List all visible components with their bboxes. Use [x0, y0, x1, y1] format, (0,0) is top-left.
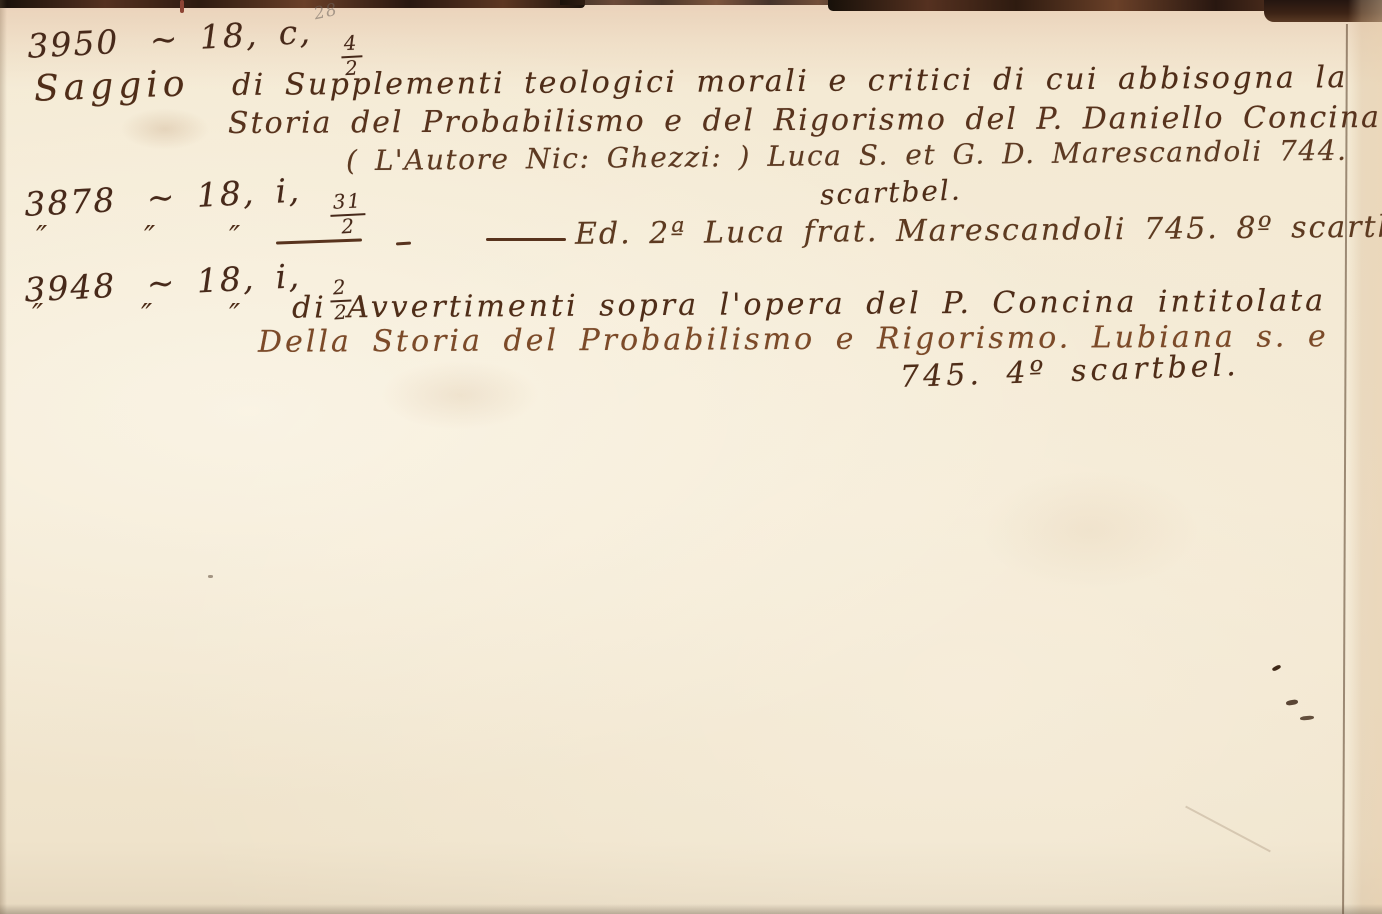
ditto-mark: ″ — [144, 220, 155, 255]
entry-3950-line-1: di Supplementi teologici morali e critic… — [232, 60, 1348, 103]
ink-speck — [1272, 664, 1282, 671]
shelfmark: ~ 18, c, — [149, 12, 313, 59]
shelfmark: ~ 18, i, — [146, 170, 302, 217]
scan-top-edge — [0, 0, 585, 8]
entry-3878-line-1: Ed. 2ª Luca frat. Marescandoli 745. 8º s… — [575, 209, 1382, 252]
page-left-shadow — [0, 0, 7, 914]
fraction-numerator: 31 — [329, 191, 365, 217]
paper-crease — [1185, 806, 1271, 853]
manuscript-page: 28 3950 ~ 18, c, 42 Saggio di Supplement… — [0, 0, 1382, 914]
ditto-mark: ″ — [32, 298, 43, 333]
page-right-margin-strip — [1348, 0, 1382, 914]
scan-edge-red-mark — [180, 0, 184, 13]
entry-3950-line-3: ( L'Autore Nic: Ghezzi: ) Luca S. et G. … — [346, 134, 1348, 177]
shelfmark-fraction: 312 — [329, 191, 367, 238]
ink-speck — [1286, 699, 1299, 706]
fraction-numerator: 4 — [340, 33, 362, 58]
catalog-number: 3950 — [26, 22, 120, 66]
shelfmark: ~ 18, i, — [146, 256, 302, 303]
page-bottom-shadow — [0, 904, 1382, 914]
entry-3950-collation: scartbel. — [819, 174, 962, 212]
ditto-mark: ″ — [36, 220, 47, 255]
paper-stain — [380, 360, 540, 430]
entry-title-saggio: Saggio — [33, 63, 190, 109]
ink-speck — [1300, 715, 1314, 720]
scan-top-edge — [560, 0, 860, 5]
fraction-denominator: 2 — [341, 215, 357, 238]
paper-stain — [120, 108, 210, 150]
ditto-dash — [396, 241, 411, 245]
ditto-mark: ″ — [141, 298, 152, 333]
ditto-dash — [486, 238, 566, 241]
ditto-mark: ″ — [229, 298, 240, 333]
catalog-number: 3878 — [23, 180, 117, 224]
ink-speck — [208, 575, 213, 578]
paper-stain — [980, 470, 1200, 590]
ditto-mark: ″ — [229, 220, 240, 255]
